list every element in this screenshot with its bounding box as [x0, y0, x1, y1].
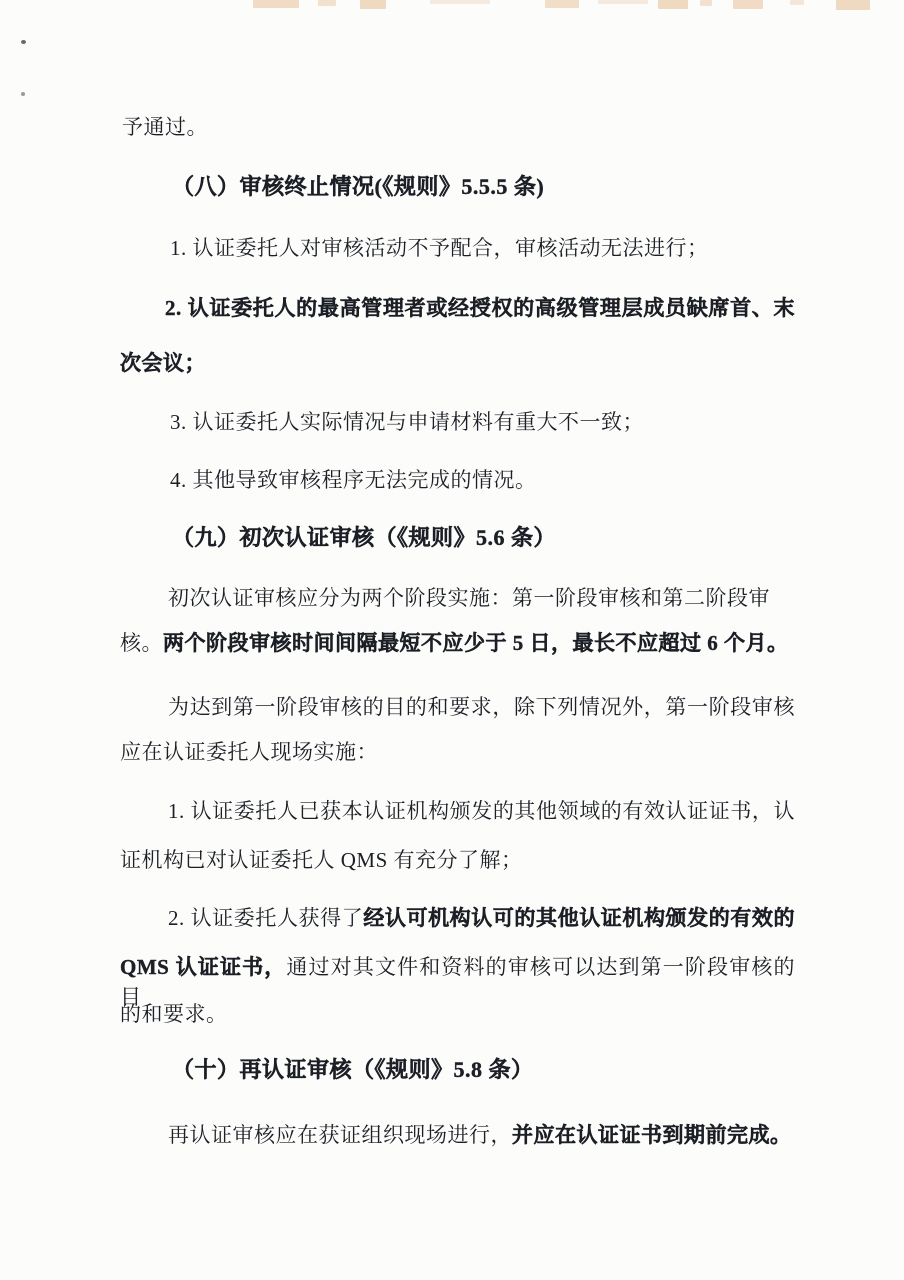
bold-text-run: QMS 认证证书，	[120, 955, 286, 979]
text-line: 为达到第一阶段审核的目的和要求，除下列情况外，第一阶段审核	[168, 692, 795, 722]
text-run: 为达到第一阶段审核的目的和要求，除下列情况外，第一阶段审核	[168, 695, 795, 719]
scan-artifact	[700, 0, 712, 6]
text-run: 再认证审核应在获证组织现场进行，	[168, 1123, 512, 1147]
scan-artifact	[545, 0, 579, 8]
scan-artifact	[836, 0, 870, 10]
section-heading: （十）再认证审核（《规则》5.8 条）	[172, 1055, 534, 1085]
text-run: 2. 认证委托人获得了	[168, 906, 363, 930]
text-run: 予通过。	[122, 115, 208, 139]
text-line: 予通过。	[122, 112, 208, 142]
scanned-document-page: 予通过。（八）审核终止情况(《规则》5.5.5 条)1. 认证委托人对审核活动不…	[0, 0, 904, 1280]
scan-artifact	[733, 0, 763, 9]
text-line: 4. 其他导致审核程序无法完成的情况。	[170, 465, 537, 495]
text-line: 初次认证审核应分为两个阶段实施：第一阶段审核和第二阶段审	[168, 583, 770, 613]
scan-artifact	[253, 0, 299, 8]
text-line: 的和要求。	[120, 999, 228, 1029]
scan-artifact	[318, 0, 336, 6]
text-run: 应在认证委托人现场实施：	[120, 740, 378, 764]
section-heading: （九）初次认证审核（《规则》5.6 条）	[172, 523, 556, 553]
bold-text-run: （八）审核终止情况(《规则》5.5.5 条)	[172, 174, 544, 199]
bold-text-run: 次会议；	[120, 351, 206, 375]
bold-text-run: （九）初次认证审核（《规则》5.6 条）	[172, 525, 556, 550]
text-line: 再认证审核应在获证组织现场进行，并应在认证证书到期前完成。	[168, 1120, 792, 1150]
text-line: 应在认证委托人现场实施：	[120, 737, 378, 767]
text-line: 1. 认证委托人已获本认证机构颁发的其他领域的有效认证证书，认	[168, 796, 795, 826]
text-run: 的和要求。	[120, 1002, 228, 1026]
scan-artifact	[360, 0, 386, 9]
scan-speck	[21, 40, 26, 44]
bold-text-run: 并应在认证证书到期前完成。	[512, 1123, 792, 1147]
scan-artifact	[790, 0, 804, 5]
text-run: 4. 其他导致审核程序无法完成的情况。	[170, 468, 537, 492]
text-run: 证机构已对认证委托人 QMS 有充分了解；	[120, 848, 523, 872]
text-line: 1. 认证委托人对审核活动不予配合，审核活动无法进行；	[170, 233, 709, 263]
text-run: 1. 认证委托人已获本认证机构颁发的其他领域的有效认证证书，认	[168, 799, 795, 823]
scan-artifact	[658, 0, 688, 9]
scan-artifact	[430, 0, 490, 4]
text-run: 1. 认证委托人对审核活动不予配合，审核活动无法进行；	[170, 236, 709, 260]
section-heading: （八）审核终止情况(《规则》5.5.5 条)	[172, 172, 544, 202]
bold-text-run: 2. 认证委托人的最高管理者或经授权的高级管理层成员缺席首、末	[165, 296, 795, 320]
text-line: 次会议；	[120, 348, 206, 378]
bold-text-run: 经认可机构认可的其他认证机构颁发的有效的	[363, 906, 795, 930]
text-run: 核。	[120, 631, 163, 655]
text-line: 3. 认证委托人实际情况与申请材料有重大不一致；	[170, 407, 644, 437]
bold-text-run: （十）再认证审核（《规则》5.8 条）	[172, 1057, 534, 1082]
text-run: 初次认证审核应分为两个阶段实施：第一阶段审核和第二阶段审	[168, 586, 770, 610]
text-line: 核。两个阶段审核时间间隔最短不应少于 5 日，最长不应超过 6 个月。	[120, 628, 789, 658]
scan-artifact	[598, 0, 648, 4]
text-line: 证机构已对认证委托人 QMS 有充分了解；	[120, 845, 523, 875]
text-line: 2. 认证委托人获得了经认可机构认可的其他认证机构颁发的有效的	[168, 903, 795, 933]
text-run: 3. 认证委托人实际情况与申请材料有重大不一致；	[170, 410, 644, 434]
scan-speck	[21, 92, 25, 96]
bold-text-run: 两个阶段审核时间间隔最短不应少于 5 日，最长不应超过 6 个月。	[163, 631, 789, 655]
text-line: 2. 认证委托人的最高管理者或经授权的高级管理层成员缺席首、末	[165, 293, 795, 323]
